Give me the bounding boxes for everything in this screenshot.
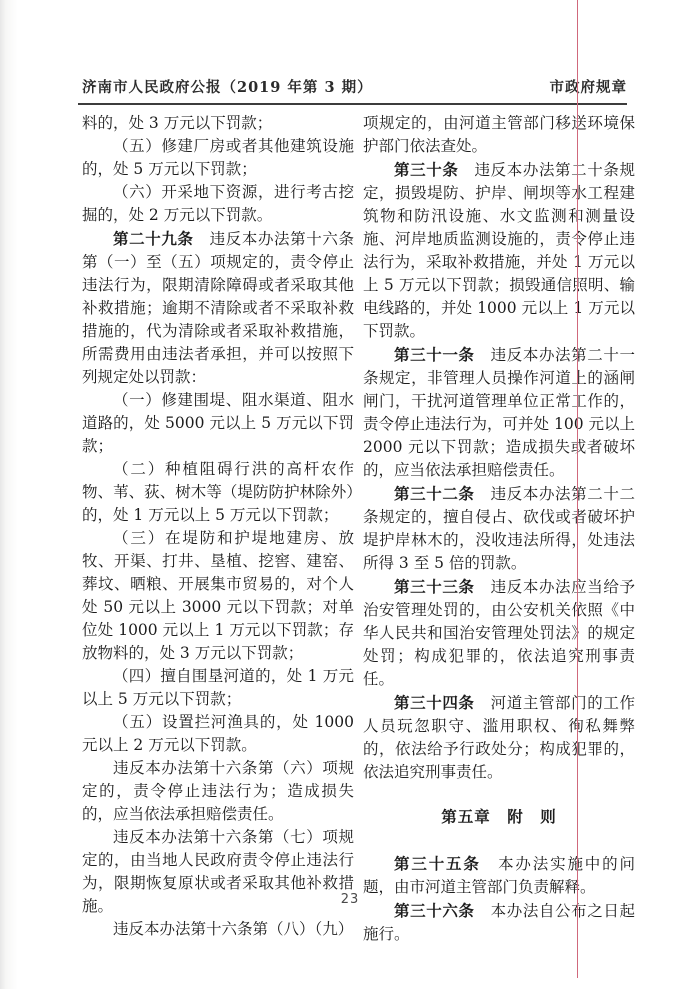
paragraph: （二）种植阻碍行洪的高杆农作物、苇、荻、树木等（堤防防护林除外）的，处 1 万元… (82, 458, 354, 527)
article-number: 第三十四条 (394, 693, 475, 712)
paragraph: 第三十一条 违反本办法第二十一条规定，非管理人员操作河道上的涵闸闸门，干扰河道管… (363, 343, 635, 482)
paragraph: 第三十二条 违反本办法第二十二条规定的，擅自侵占、砍伐或者破坏护堤护岸林木的，没… (363, 482, 635, 575)
article-number: 第三十条 (394, 160, 458, 179)
article-number: 第三十二条 (394, 484, 475, 503)
article-number: 第三十一条 (394, 345, 475, 364)
paragraph: （一）修建围堤、阻水渠道、阻水道路的，处 5000 元以上 5 万元以下罚款； (82, 389, 354, 458)
paragraph: 第三十条 违反本办法第二十条规定，损毁堤防、护岸、闸坝等水工程建筑物和防汛设施、… (363, 158, 635, 343)
article-number: 第二十九条 (113, 229, 194, 248)
paragraph: 第三十三条 违反本办法应当给予治安管理处罚的，由公安机关依照《中华人民共和国治安… (363, 575, 635, 691)
right-column: 项规定的，由河道主管部门移送环境保护部门依法查处。第三十条 违反本办法第二十条规… (363, 112, 635, 946)
page-number: 23 (0, 892, 700, 907)
gazette-page: 济南市人民政府公报（2019 年第 3 期） 市政府规章 料的，处 3 万元以下… (0, 0, 700, 989)
paragraph: 第三十四条 河道主管部门的工作人员玩忽职守、滥用职权、徇私舞弊的，依法给予行政处… (363, 691, 635, 784)
article-number: 第三十三条 (394, 577, 475, 596)
chapter-heading: 第五章 附 则 (363, 805, 635, 828)
paragraph: （五）修建厂房或者其他建筑设施的，处 5 万元以下罚款； (82, 135, 354, 181)
paragraph: （五）设置拦河渔具的，处 1000 元以上 2 万元以下罚款。 (82, 711, 354, 757)
left-column: 料的，处 3 万元以下罚款；（五）修建厂房或者其他建筑设施的，处 5 万元以下罚… (82, 112, 354, 946)
paragraph: 项规定的，由河道主管部门移送环境保护部门依法查处。 (363, 112, 635, 158)
paragraph: 第二十九条 违反本办法第十六条第（一）至（五）项规定的，责令停止违法行为，限期清… (82, 227, 354, 389)
header-rule (78, 103, 627, 105)
page-body: 料的，处 3 万元以下罚款；（五）修建厂房或者其他建筑设施的，处 5 万元以下罚… (82, 112, 635, 946)
page-header: 济南市人民政府公报（2019 年第 3 期） 市政府规章 (82, 76, 627, 97)
gazette-title: 济南市人民政府公报（2019 年第 3 期） (82, 76, 373, 97)
paragraph: （四）擅自围垦河道的，处 1 万元以上 5 万元以下罚款； (82, 665, 354, 711)
paragraph: 违反本办法第十六条第（六）项规定的，责令停止违法行为；造成损失的，应当依法承担赔… (82, 757, 354, 826)
paragraph: （三）在堤防和护堤地建房、放牧、开渠、打井、垦植、挖窖、建窑、葬坟、晒粮、开展集… (82, 527, 354, 665)
paragraph: （六）开采地下资源，进行考古挖掘的，处 2 万元以下罚款。 (82, 181, 354, 227)
paragraph: 料的，处 3 万元以下罚款； (82, 112, 354, 135)
section-label: 市政府规章 (550, 76, 628, 97)
article-number: 第三十五条 (394, 854, 481, 873)
paragraph: 违反本办法第十六条第（八）（九） (82, 918, 354, 941)
binding-line (577, 0, 578, 978)
